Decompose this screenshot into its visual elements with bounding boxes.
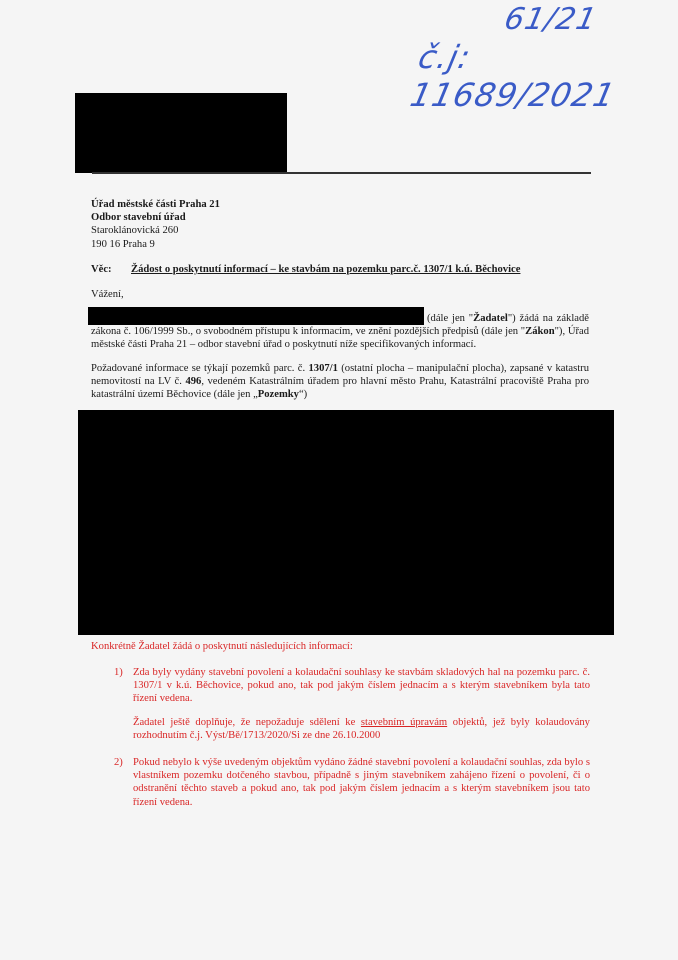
- request-item-2: 2) Pokud nebylo k výše uvedeným objektům…: [114, 756, 590, 809]
- p2-text: Požadované informace se týkají pozemků p…: [91, 363, 308, 374]
- letterhead-divider: [92, 172, 591, 174]
- request-item-1: 1) Zda byly vydány stavební povolení a k…: [114, 666, 590, 706]
- p1-text: ") žádá na základě zákona č. 106/1999 Sb…: [91, 313, 589, 337]
- subject-label: Věc:: [91, 264, 131, 275]
- p2-parcel-number: 1307/1: [308, 363, 337, 374]
- p1-term-law: Zákon: [525, 326, 554, 337]
- subject-text: Žádost o poskytnutí informací – ke stavb…: [131, 264, 520, 275]
- greeting: Vážení,: [91, 288, 124, 301]
- handwritten-reference-number: 61/21: [501, 2, 600, 37]
- recipient-address: Úřad městské části Praha 21 Odbor staveb…: [91, 198, 220, 251]
- p2-text: “): [299, 389, 307, 400]
- p1-text: (dále jen ": [427, 313, 473, 324]
- requests-intro: Konkrétně Žadatel žádá o poskytnutí násl…: [91, 640, 353, 653]
- redacted-letterhead: [75, 93, 287, 173]
- subject-line: Věc:Žádost o poskytnutí informací – ke s…: [91, 264, 520, 275]
- p2-term-parcels: Pozemky: [258, 389, 299, 400]
- request-text: Zda byly vydány stavební povolení a kola…: [133, 666, 590, 706]
- p1-term-applicant: Žadatel: [473, 313, 508, 324]
- paragraph-parcels: Požadované informace se týkají pozemků p…: [91, 362, 589, 402]
- request-number: 2): [114, 756, 123, 769]
- request-number: 1): [114, 666, 123, 679]
- recipient-department: Odbor stavební úřad: [91, 211, 220, 224]
- request-item-1-note: Žadatel ještě doplňuje, že nepožaduje sd…: [114, 716, 590, 742]
- note-text: Žadatel ještě doplňuje, že nepožaduje sd…: [133, 717, 361, 728]
- paragraph-applicant: (dále jen "Žadatel") žádá na základě zák…: [91, 312, 589, 352]
- note-underlined-term: stavebním úpravám: [361, 717, 447, 728]
- recipient-city: 190 16 Praha 9: [91, 238, 220, 251]
- p2-lv-number: 496: [185, 376, 201, 387]
- redacted-block: [78, 410, 614, 635]
- handwritten-case-number: č.j: 11689/2021: [407, 38, 678, 114]
- recipient-street: Staroklánovická 260: [91, 224, 220, 237]
- request-text: Pokud nebylo k výše uvedeným objektům vy…: [133, 756, 590, 809]
- recipient-office: Úřad městské části Praha 21: [91, 198, 220, 211]
